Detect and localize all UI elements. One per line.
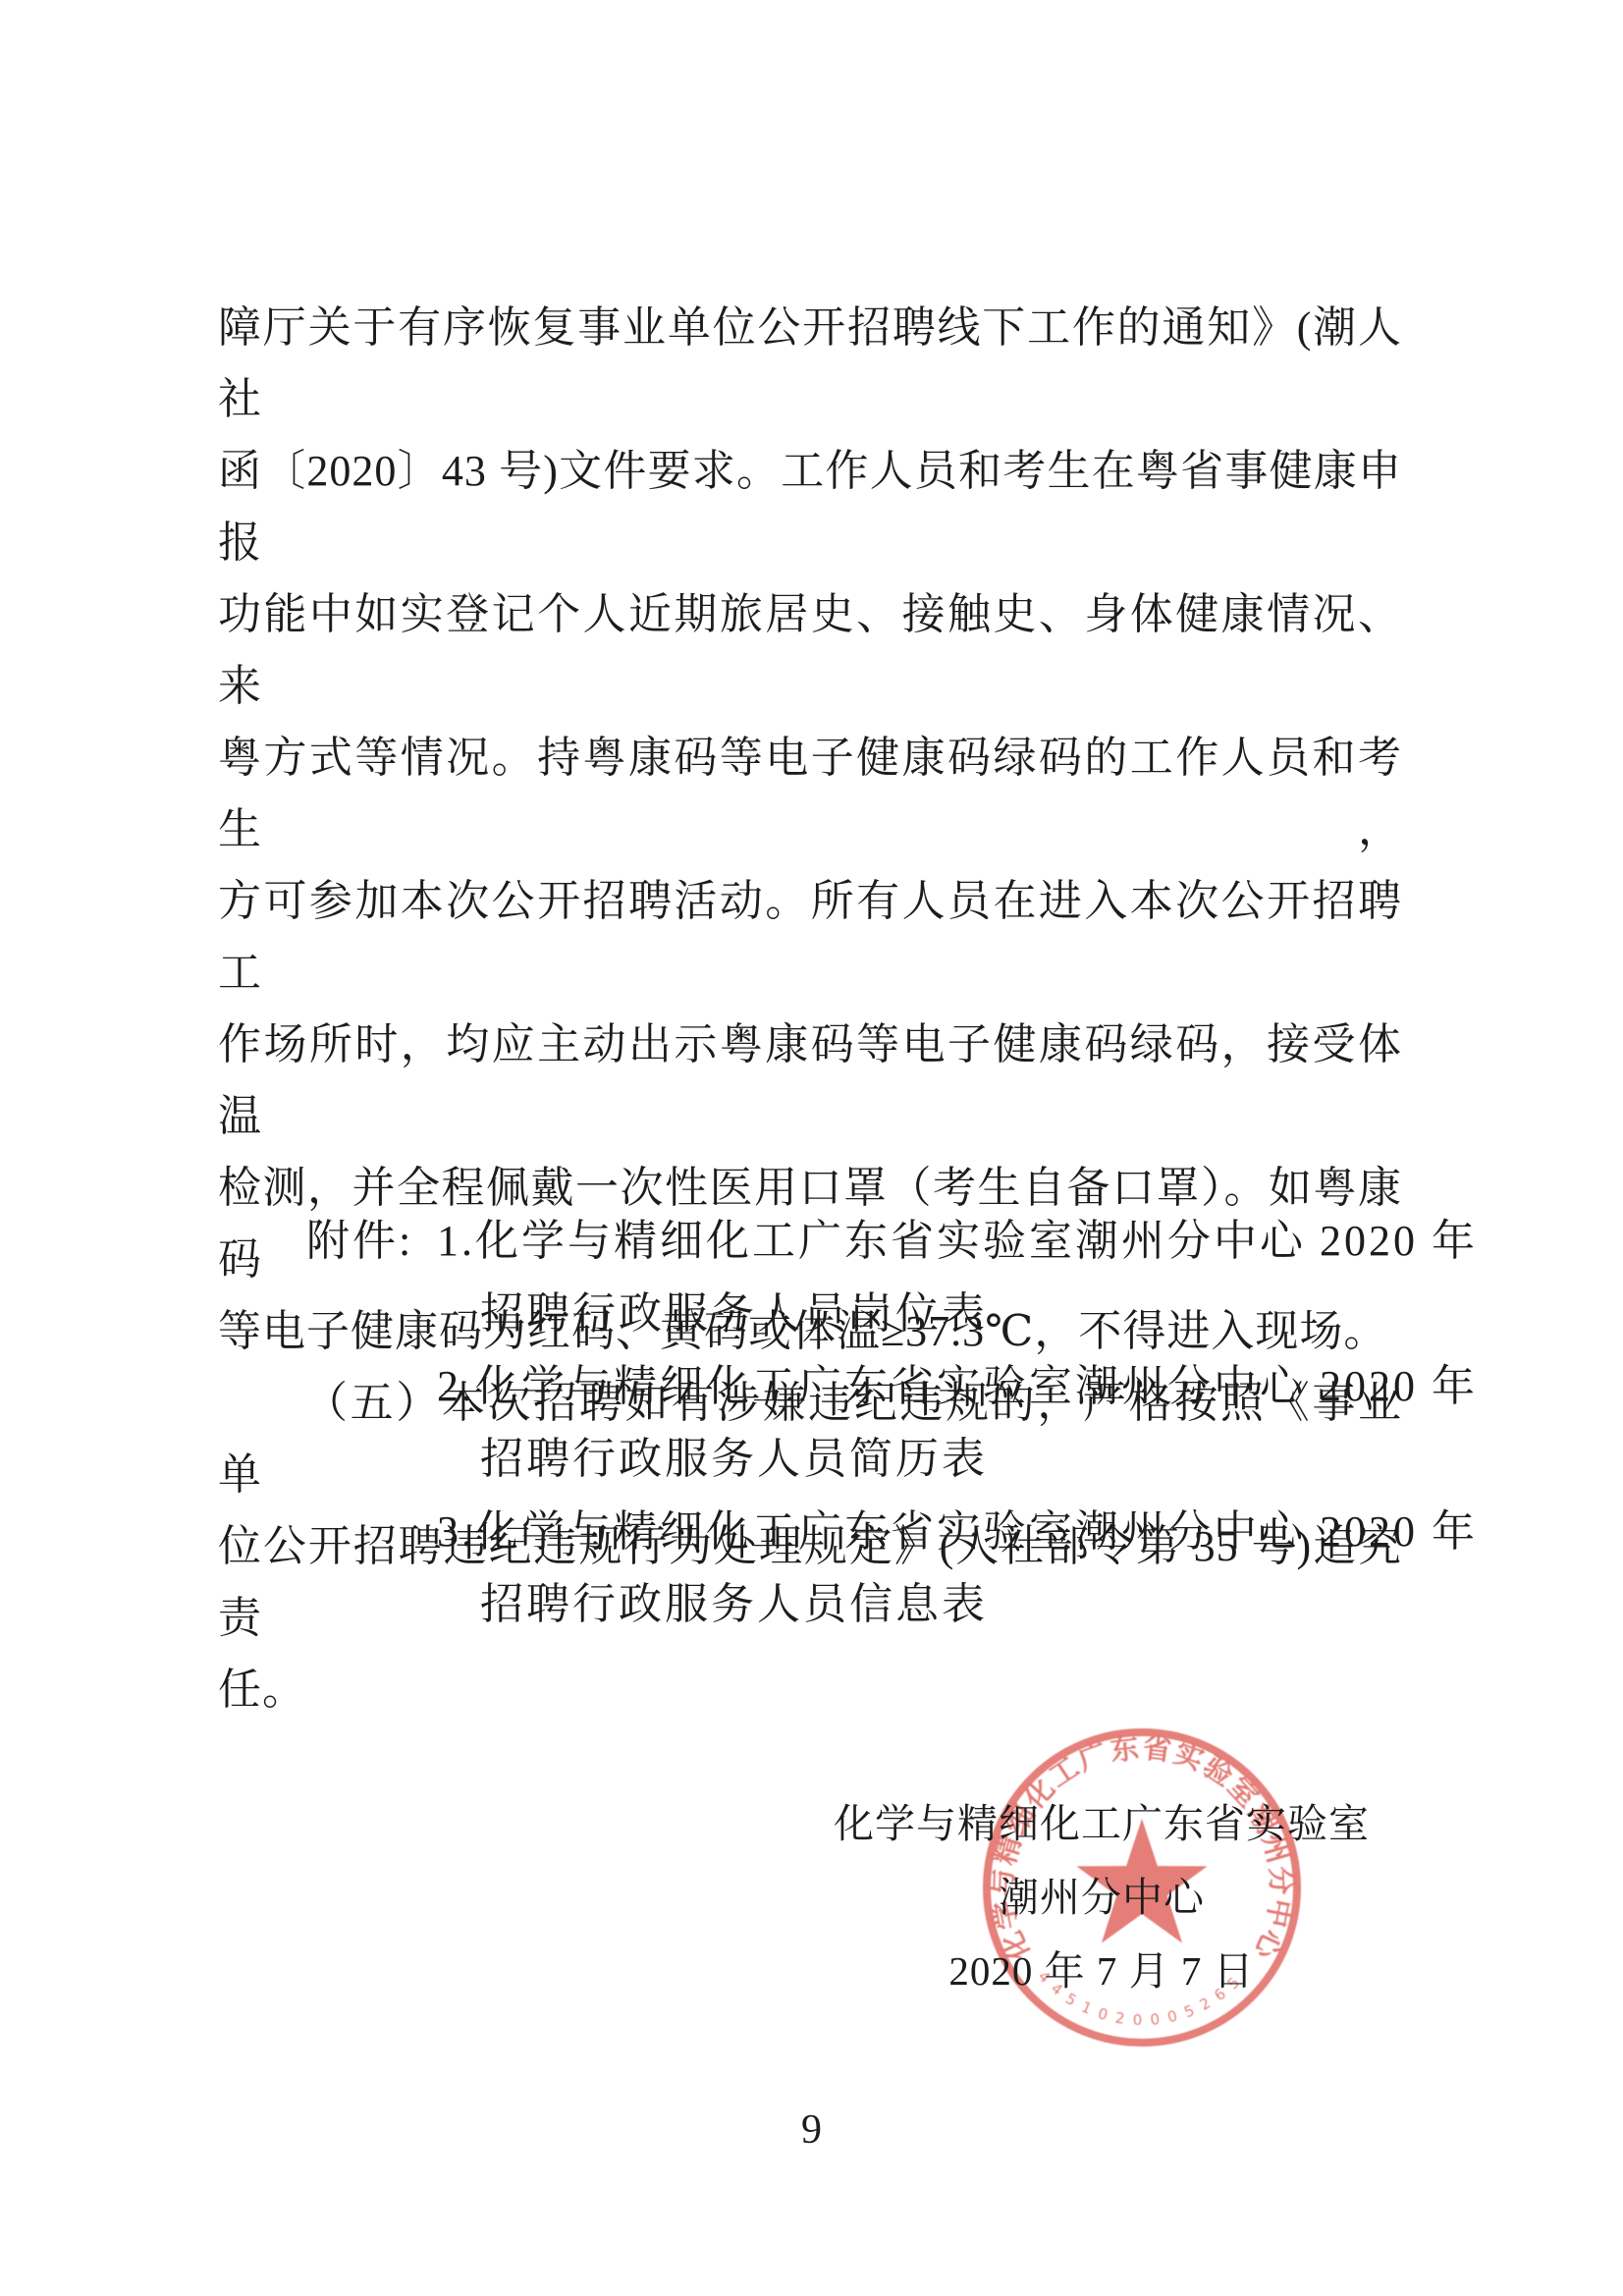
signature-block: 化学与精细化工广东省实验室 潮州分中心 2020 年 7 月 7 日 [758, 1787, 1445, 2008]
signature-org-line1: 化学与精细化工广东省实验室 [758, 1787, 1445, 1861]
attachment-item: 2.化学与精细化工广东省实验室潮州分中心 2020 年 招聘行政服务人员简历表 [437, 1350, 1478, 1496]
paragraph-line: 方可参加本次公开招聘活动。所有人员在进入本次公开招聘工 [218, 865, 1402, 1009]
attachment-item-title: 1.化学与精细化工广东省实验室潮州分中心 2020 年 [437, 1205, 1478, 1278]
attachment-item-number: 2. [437, 1362, 475, 1410]
paragraph-line: 功能中如实登记个人近期旅居史、接触史、身体健康情况、来 [218, 578, 1402, 722]
attachment-item-text: 化学与精细化工广东省实验室潮州分中心 2020 年 [475, 1362, 1478, 1410]
paragraph-line: 任。 [218, 1654, 1402, 1725]
attachments-block: 附件: 1.化学与精细化工广东省实验室潮州分中心 2020 年 招聘行政服务人员… [306, 1205, 1478, 1641]
paragraph-line: 粤方式等情况。持粤康码等电子健康码绿码的工作人员和考生， [218, 722, 1402, 865]
document-page: 障厅关于有序恢复事业单位公开招聘线下工作的通知》(潮人社 函〔2020〕43 号… [0, 0, 1623, 2296]
attachment-item-subtitle: 招聘行政服务人员信息表 [437, 1568, 1478, 1641]
attachment-item-subtitle: 招聘行政服务人员岗位表 [437, 1278, 1478, 1350]
signature-date: 2020 年 7 月 7 日 [758, 1935, 1445, 2008]
attachment-item-number: 3. [437, 1507, 475, 1556]
paragraph-line: 障厅关于有序恢复事业单位公开招聘线下工作的通知》(潮人社 [218, 292, 1402, 435]
signature-org-line2: 潮州分中心 [758, 1861, 1445, 1935]
attachment-item: 3.化学与精细化工广东省实验室潮州分中心 2020 年 招聘行政服务人员信息表 [437, 1496, 1478, 1641]
attachment-item-number: 1. [437, 1217, 475, 1265]
attachment-item-title: 2.化学与精细化工广东省实验室潮州分中心 2020 年 [437, 1350, 1478, 1423]
attachment-item: 1.化学与精细化工广东省实验室潮州分中心 2020 年 招聘行政服务人员岗位表 [437, 1205, 1478, 1350]
attachment-item-text: 化学与精细化工广东省实验室潮州分中心 2020 年 [475, 1507, 1478, 1556]
attachments-list: 1.化学与精细化工广东省实验室潮州分中心 2020 年 招聘行政服务人员岗位表 … [437, 1205, 1478, 1641]
attachment-item-text: 化学与精细化工广东省实验室潮州分中心 2020 年 [475, 1217, 1478, 1265]
attachments-label: 附件: [306, 1205, 437, 1278]
attachment-item-title: 3.化学与精细化工广东省实验室潮州分中心 2020 年 [437, 1496, 1478, 1568]
paragraph-line: 函〔2020〕43 号)文件要求。工作人员和考生在粤省事健康申报 [218, 435, 1402, 578]
attachment-item-subtitle: 招聘行政服务人员简历表 [437, 1423, 1478, 1496]
paragraph-line: 作场所时，均应主动出示粤康码等电子健康码绿码，接受体温 [218, 1009, 1402, 1152]
page-number: 9 [0, 2106, 1623, 2154]
